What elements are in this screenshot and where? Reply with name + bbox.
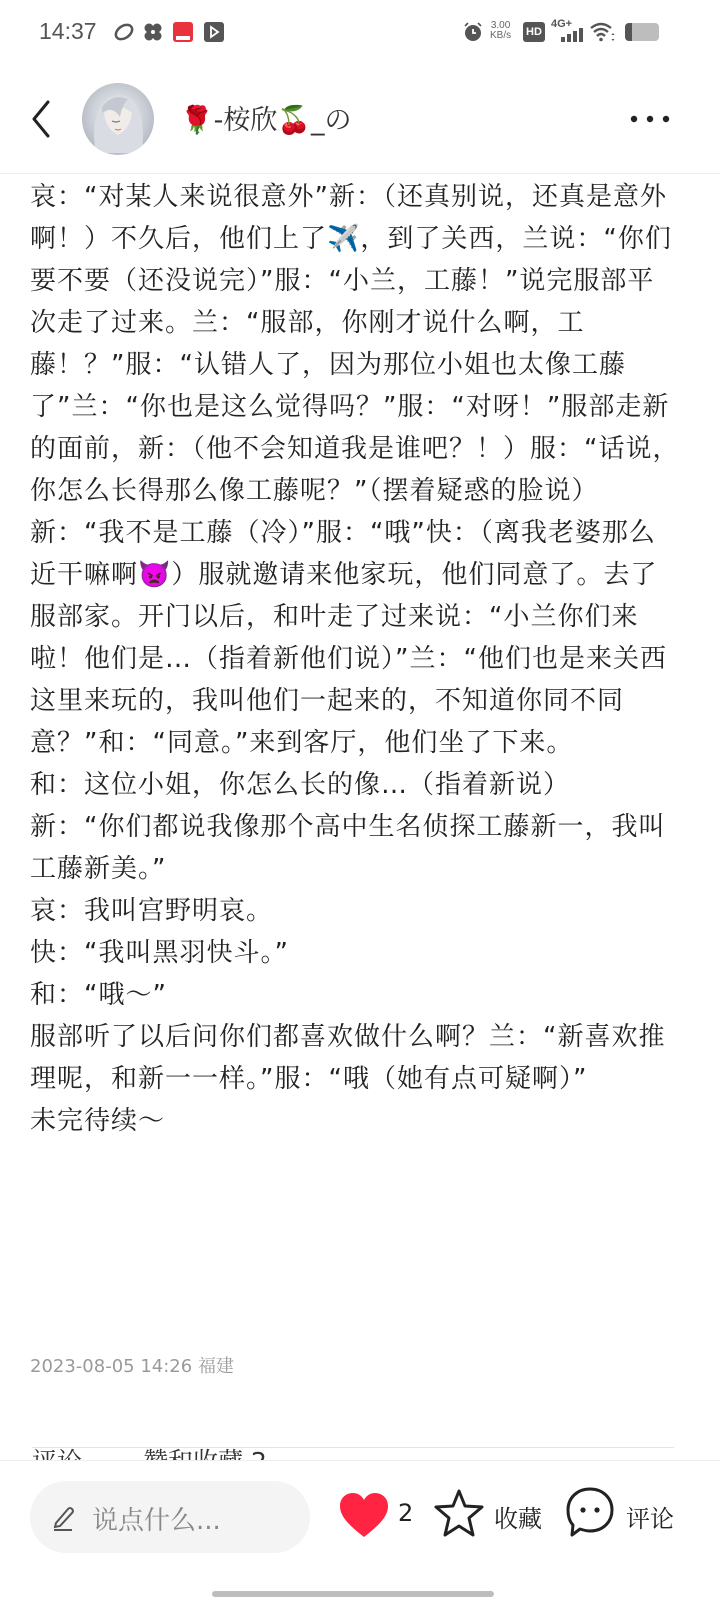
post-paragraph: 哀：我叫宫野明哀。 [30, 890, 680, 932]
post-header: 🌹-桉欣🍒_の [0, 66, 720, 174]
pencil-icon [50, 1503, 78, 1531]
avatar[interactable] [82, 83, 154, 155]
post-paragraph: 和：这位小姐，你怎么长的像…（指着新说） [30, 764, 680, 806]
like-count: 2 [398, 1499, 413, 1527]
post-meta: 2023-08-05 14:26 福建 [30, 1352, 234, 1378]
post-paragraph: 未完待续～ [30, 1100, 680, 1142]
net-speed-unit: KB/s [490, 31, 511, 41]
post-date: 2023-08-05 14:26 [30, 1356, 192, 1377]
comment-bubble-icon[interactable] [564, 1485, 616, 1541]
signal-icon: 4G+ [551, 18, 585, 44]
heart-icon[interactable] [338, 1491, 390, 1543]
net-speed: 3.00 KB/s [490, 21, 511, 41]
collect-label[interactable]: 收藏 [494, 1499, 542, 1534]
post-paragraph: 和：“哦～” [30, 974, 680, 1016]
hd-icon: HD [523, 22, 545, 42]
play-app-icon [204, 22, 224, 42]
post-paragraph: 快：“我叫黑羽快斗。” [30, 932, 680, 974]
comment-input[interactable]: 说点什么... [30, 1481, 310, 1553]
wifi-icon [590, 22, 616, 42]
avatar-image [82, 83, 154, 155]
post-paragraph: 新：“你们都说我像那个高中生名侦探工藤新一，我叫工藤新美。” [30, 806, 680, 890]
post-location: 福建 [198, 1356, 234, 1377]
battery-icon [625, 23, 659, 41]
network-label: 4G+ [551, 18, 572, 30]
home-indicator[interactable] [212, 1591, 494, 1597]
post-body: 哀：“对某人来说很意外”新：（还真别说，还真是意外啊！）不久后，他们上了✈️，到… [30, 176, 680, 1142]
status-time: 14:37 [39, 18, 97, 45]
status-bar: 14:37 3.00 KB/s HD 4G+ [0, 0, 720, 66]
more-dots-icon[interactable] [628, 104, 672, 134]
bottom-action-bar: 说点什么... 2 收藏 评论 [0, 1460, 720, 1600]
alarm-icon [462, 21, 484, 43]
username[interactable]: 🌹-桉欣🍒_の [180, 98, 351, 137]
red-app-icon [173, 22, 193, 42]
post-paragraph: 哀：“对某人来说很意外”新：（还真别说，还真是意外啊！）不久后，他们上了✈️，到… [30, 176, 680, 764]
comment-placeholder: 说点什么... [92, 1500, 221, 1537]
chevron-left-icon[interactable] [22, 96, 62, 142]
post-paragraph: 服部听了以后问你们都喜欢做什么啊？兰：“新喜欢推理呢，和新一一样。”服：“哦（她… [30, 1016, 680, 1100]
star-icon[interactable] [432, 1487, 486, 1541]
comment-label[interactable]: 评论 [626, 1499, 674, 1534]
leaf-app-icon [114, 22, 134, 42]
pinwheel-app-icon [143, 22, 163, 42]
